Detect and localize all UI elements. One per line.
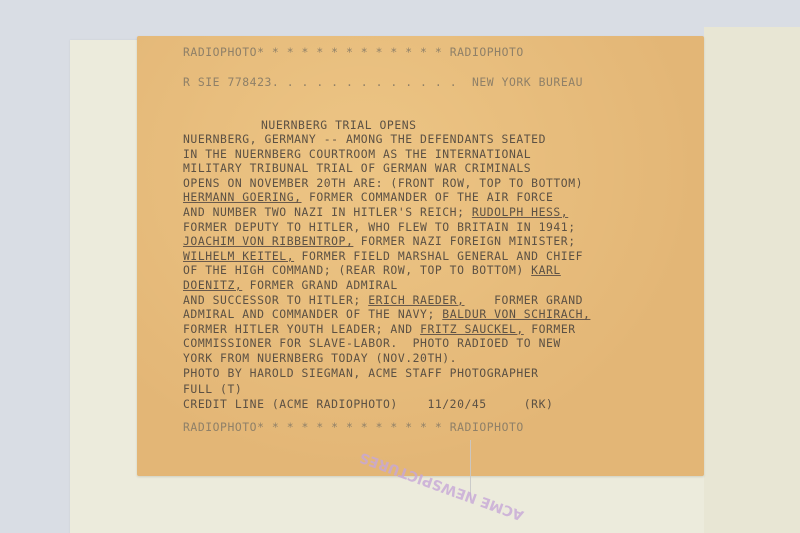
caption-line: JOACHIM VON RIBBENTROP, FORMER NAZI FORE… — [183, 234, 576, 248]
caption-text: NUERNBERG, GERMANY -- AMONG THE DEFENDAN… — [183, 132, 546, 146]
caption-line: CREDIT LINE (ACME RADIOPHOTO) 11/20/45 (… — [183, 397, 553, 411]
defendant-name: FRITZ SAUCKEL, — [420, 322, 524, 336]
caption-line: FORMER HITLER YOUTH LEADER; AND FRITZ SA… — [183, 322, 576, 336]
defendant-name: DOENITZ, — [183, 278, 242, 292]
caption-text: PHOTO BY HAROLD SIEGMAN, ACME STAFF PHOT… — [183, 366, 539, 380]
caption-text: FORMER FIELD MARSHAL GENERAL AND CHIEF — [294, 249, 583, 263]
caption-text: ADMIRAL AND COMMANDER OF THE NAVY; — [183, 307, 442, 321]
caption-line: OPENS ON NOVEMBER 20TH ARE: (FRONT ROW, … — [183, 176, 583, 190]
header-line-1: RADIOPHOTO* * * * * * * * * * * * * RADI… — [183, 45, 524, 59]
caption-line: IN THE NUERNBERG COURTROOM AS THE INTERN… — [183, 147, 531, 161]
reference-number: R SIE 778423 — [183, 75, 272, 89]
defendant-name: ERICH RAEDER, — [368, 293, 464, 307]
caption-line: FULL (T) — [183, 382, 242, 396]
caption-line: YORK FROM NUERNBERG TODAY (NOV.20TH). — [183, 351, 457, 365]
caption-line: FORMER DEPUTY TO HITLER, WHO FLEW TO BRI… — [183, 220, 576, 234]
caption-line: DOENITZ, FORMER GRAND ADMIRAL — [183, 278, 398, 292]
caption-text: FORMER COMMANDER OF THE AIR FORCE — [302, 190, 554, 204]
caption-text: FULL (T) — [183, 382, 242, 396]
caption-text: AND NUMBER TWO NAZI IN HITLER'S REICH; — [183, 205, 472, 219]
caption-text: FORMER — [524, 322, 576, 336]
caption-text: AND SUCCESSOR TO HITLER; — [183, 293, 368, 307]
caption-line: PHOTO BY HAROLD SIEGMAN, ACME STAFF PHOT… — [183, 366, 539, 380]
defendant-name: KARL — [531, 263, 561, 277]
caption-text: COMMISSIONER FOR SLAVE-LABOR. PHOTO RADI… — [183, 336, 561, 350]
defendant-name: BALDUR VON SCHIRACH, — [442, 307, 590, 321]
footer-dots: * * * * * * * * * * * * — [265, 420, 443, 434]
caption-line: OF THE HIGH COMMAND; (REAR ROW, TOP TO B… — [183, 263, 561, 277]
defendant-name: RUDOLPH HESS, — [472, 205, 568, 219]
caption-text: MILITARY TRIBUNAL TRIAL OF GERMAN WAR CR… — [183, 161, 531, 175]
caption-text: CREDIT LINE (ACME RADIOPHOTO) 11/20/45 (… — [183, 397, 553, 411]
bureau-name: NEW YORK BUREAU — [472, 75, 583, 89]
caption-line: NUERNBERG, GERMANY -- AMONG THE DEFENDAN… — [183, 132, 546, 146]
defendant-name: WILHELM KEITEL, — [183, 249, 294, 263]
caption-line: ADMIRAL AND COMMANDER OF THE NAVY; BALDU… — [183, 307, 590, 321]
caption-text: FORMER GRAND — [465, 293, 584, 307]
caption-line: MILITARY TRIBUNAL TRIAL OF GERMAN WAR CR… — [183, 161, 531, 175]
caption-line: AND NUMBER TWO NAZI IN HITLER'S REICH; R… — [183, 205, 568, 219]
header-dots: * * * * * * * * * * * * — [265, 45, 443, 59]
footer-label-left: RADIOPHOTO* — [183, 420, 265, 434]
mount-board-edge — [704, 27, 800, 533]
footer-line: RADIOPHOTO* * * * * * * * * * * * * RADI… — [183, 420, 524, 434]
defendant-name: HERMANN GOERING, — [183, 190, 302, 204]
defendant-name: JOACHIM VON RIBBENTROP, — [183, 234, 353, 248]
header-line-2: R SIE 778423. . . . . . . . . . . . . NE… — [183, 75, 583, 89]
caption-text: OPENS ON NOVEMBER 20TH ARE: (FRONT ROW, … — [183, 176, 583, 190]
caption-text: FORMER NAZI FOREIGN MINISTER; — [353, 234, 575, 248]
headline: NUERNBERG TRIAL OPENS — [261, 118, 417, 132]
reference-dots: . . . . . . . . . . . . . — [272, 75, 457, 89]
caption-line: HERMANN GOERING, FORMER COMMANDER OF THE… — [183, 190, 553, 204]
footer-label-right: RADIOPHOTO — [450, 420, 524, 434]
caption-line: AND SUCCESSOR TO HITLER; ERICH RAEDER, F… — [183, 293, 583, 307]
caption-text: OF THE HIGH COMMAND; (REAR ROW, TOP TO B… — [183, 263, 531, 277]
radiophoto-caption-card: RADIOPHOTO* * * * * * * * * * * * * RADI… — [137, 36, 704, 476]
caption-text: FORMER DEPUTY TO HITLER, WHO FLEW TO BRI… — [183, 220, 576, 234]
header-label-right: RADIOPHOTO — [450, 45, 524, 59]
caption-text: IN THE NUERNBERG COURTROOM AS THE INTERN… — [183, 147, 531, 161]
caption-line: COMMISSIONER FOR SLAVE-LABOR. PHOTO RADI… — [183, 336, 561, 350]
caption-line: WILHELM KEITEL, FORMER FIELD MARSHAL GEN… — [183, 249, 583, 263]
header-label-left: RADIOPHOTO* — [183, 45, 265, 59]
caption-text: FORMER GRAND ADMIRAL — [242, 278, 398, 292]
caption-text: FORMER HITLER YOUTH LEADER; AND — [183, 322, 420, 336]
caption-text: YORK FROM NUERNBERG TODAY (NOV.20TH). — [183, 351, 457, 365]
